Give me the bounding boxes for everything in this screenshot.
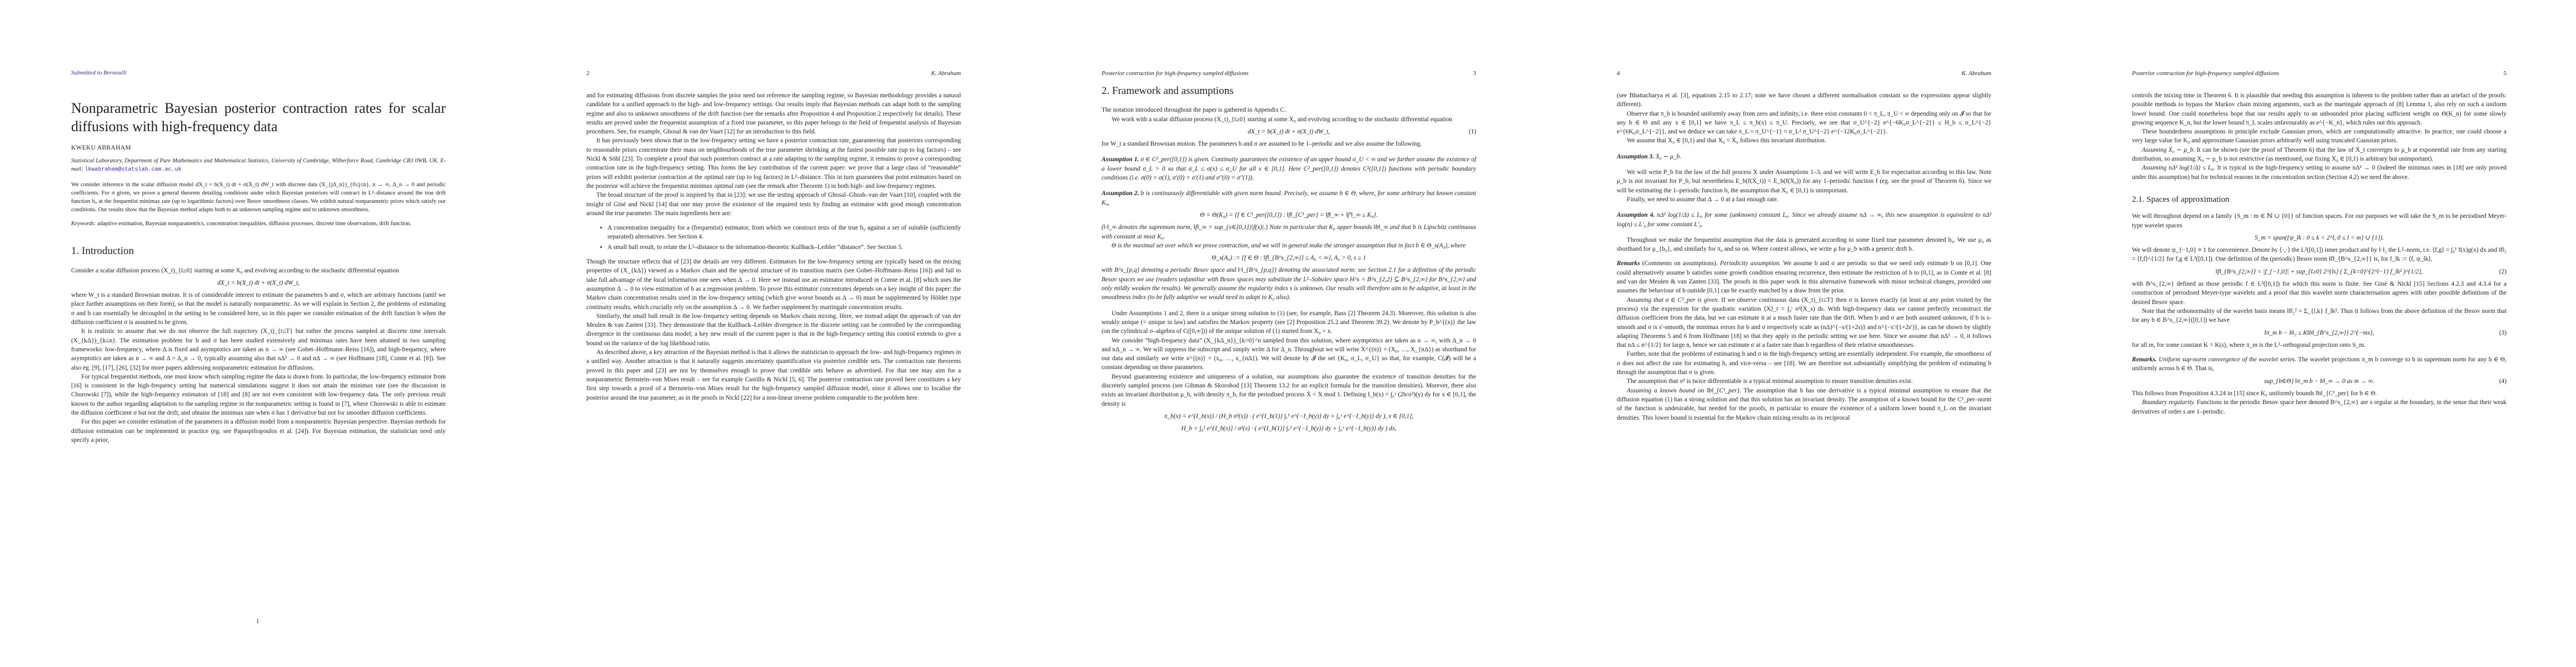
paragraph: Θ is the maximal set over which we prove… — [1102, 241, 1476, 250]
paragraph: Assuming nΔ² log(1/Δ) ≤ L₀. It is typica… — [2132, 163, 2507, 182]
email-link[interactable]: lkwabraham@statslab.cam.ac.uk — [84, 167, 181, 173]
paragraph: Assuming that σ ∈ C²_per is given. If we… — [1617, 296, 1991, 350]
paragraph: Boundary regularity. Functions in the pe… — [2132, 398, 2507, 416]
section-heading-framework: 2. Framework and assumptions — [1102, 87, 1476, 96]
assumption-text: σ ∈ C²_per([0,1]) is given. Continuity g… — [1102, 156, 1476, 181]
remark-topic: Assuming X₀ ∼ μ_b. — [2142, 147, 2195, 153]
page-2-body: and for estimating diffusions from discr… — [586, 91, 961, 402]
paragraph: Assuming a known bound on ‖b‖_{C¹_per}. … — [1617, 386, 1991, 422]
venue-link[interactable]: Submitted to Bernoulli — [71, 69, 127, 76]
equation-theta: Θ = Θ(K₀) = {f ∈ C¹_per([0,1]) : ‖f‖_{C¹… — [1102, 211, 1476, 220]
equation-2: ‖f‖_{B^s_{2,∞}} = |f_{−1,0}| + sup_{l≥0}… — [2132, 267, 2507, 276]
equation-theta-s: Θ_s(A₀) := {f ∈ Θ : ‖f‖_{B^s_{2,∞}} ≤ A₀… — [1102, 253, 1476, 262]
paragraph: As described above, a key attraction of … — [586, 348, 961, 402]
paragraph: This follows from Proposition 4.3.24 in … — [2132, 389, 2507, 398]
paragraph: Further, note that the problems of estim… — [1617, 350, 1991, 377]
remark-topic: Assuming a known bound on ‖b‖_{C¹_per}. — [1627, 387, 1741, 394]
equation-number: (4) — [2499, 377, 2507, 386]
header-page-number: 3 — [1473, 70, 1477, 77]
equation-number: (2) — [2499, 267, 2507, 276]
paragraph: Assuming X₀ ∼ μ_b. It can be shown (see … — [2132, 146, 2507, 164]
remarks-topic: Periodicity assumption. — [1720, 260, 1781, 267]
page-3: Posterior contraction for high-frequency… — [1030, 0, 1546, 667]
remarks-label: Remarks. — [2132, 356, 2157, 363]
remark-topic: Assuming nΔ² log(1/Δ) ≤ L₀. — [2142, 165, 2215, 171]
equation-text: H_b = ∫₀¹ e^{I_b(x)} / σ²(x) · ( e^{I_b(… — [1181, 424, 1397, 433]
header-author: K. Abraham — [1961, 70, 1991, 77]
header-page-number: 4 — [1617, 70, 1620, 77]
paragraph: Note that the orthonormality of the wave… — [2132, 307, 2507, 325]
assumption-text: X₀ ∼ μ_b. — [1656, 153, 1681, 160]
equation-number: (3) — [2499, 328, 2507, 337]
equation-text: ‖f‖_{B^s_{2,∞}} = |f_{−1,0}| + sup_{l≥0}… — [2216, 267, 2423, 276]
equation-text: Θ = Θ(K₀) = {f ∈ C¹_per([0,1]) : ‖f‖_{C¹… — [1200, 211, 1377, 220]
paragraph: (‖·‖_∞ denotes the supremum norm, ‖f‖_∞ … — [1102, 223, 1476, 241]
paragraph: Under Assumptions 1 and 2, there is a un… — [1102, 309, 1476, 336]
equation-3: ‖π_m b − b‖₂ ≤ K‖b‖_{B^s_{2,∞}} 2^{−ms},… — [2132, 328, 2507, 337]
paragraph: where W_t is a standard Brownian motion.… — [71, 291, 446, 327]
equation-density: π_b(x) = e^{I_b(x)} / (H_b σ²(x)) · ( e^… — [1102, 412, 1476, 421]
assumption-text: b is continuously differentiable with gi… — [1102, 190, 1476, 206]
paragraph: These boundedness assumptions in princip… — [2132, 127, 2507, 146]
remark-topic: Assuming that σ ∈ C²_per is given. — [1627, 297, 1719, 303]
equation-text: ‖π_m b − b‖₂ ≤ K‖b‖_{B^s_{2,∞}} 2^{−ms}, — [2264, 328, 2374, 337]
equation-sde: dX_t = b(X_t) dt + σ(X_t) dW_t, — [71, 278, 446, 287]
running-header: 4 K. Abraham — [1617, 70, 1991, 77]
paragraph-text: If we observe continuous data (X_t)_{t≤T… — [1617, 297, 1991, 349]
header-title: Posterior contraction for high-frequency… — [2132, 70, 2279, 77]
abstract: We consider inference in the scalar diff… — [71, 181, 446, 214]
assumption-4: Assumption 4. nΔ² log(1/Δ) ≤ L₀ for some… — [1617, 211, 1991, 229]
equation-text: dX_t = b(X_t) dt + σ(X_t) dW_t, — [1248, 127, 1330, 136]
assumption-label: Assumption 3. — [1617, 153, 1654, 160]
running-header: Posterior contraction for high-frequency… — [2132, 70, 2507, 77]
keywords-label: Keywords: — [71, 221, 96, 227]
list-item: A concentration inequality for a (freque… — [607, 223, 961, 242]
paragraph: We consider “high-frequency data” (X_{kΔ… — [1102, 336, 1476, 372]
remarks-topic: Uniform sup-norm convergence of the wave… — [2159, 356, 2296, 363]
remark-topic: Boundary regularity. — [2142, 399, 2195, 406]
assumption-3: Assumption 3. X₀ ∼ μ_b. — [1617, 152, 1991, 161]
paragraph: The assumption that σ² is twice differen… — [1617, 377, 1991, 386]
paragraph: For this paper we consider estimation of… — [71, 417, 446, 445]
page-1: Submitted to Bernoulli Nonparametric Bay… — [0, 0, 515, 667]
assumption-label: Assumption 1. — [1102, 156, 1139, 163]
paragraph: for W_t a standard Brownian motion. The … — [1102, 140, 1476, 148]
equation-sm: S_m = span({ψ_lk : 0 ≤ k < 2^l, 0 ≤ l < … — [2132, 233, 2507, 242]
page-4-body: (see Bhattacharya et al. [3], equations … — [1617, 91, 1991, 422]
equation-text: sup_{b∈Θ} ‖π_m b − b‖_∞ → 0 as m → ∞. — [2264, 377, 2374, 386]
remarks-paragraph: Remarks. Uniform sup-norm convergence of… — [2132, 355, 2507, 374]
paragraph: Throughout we make the frequentist assum… — [1617, 236, 1991, 254]
assumption-2: Assumption 2. b is continuously differen… — [1102, 189, 1476, 302]
paragraph: Consider a scalar diffusion process (X_t… — [71, 266, 446, 275]
equation-normaliser: H_b = ∫₀¹ e^{I_b(x)} / σ²(x) · ( e^{I_b(… — [1102, 424, 1476, 433]
equation-1: dX_t = b(X_t) dt + σ(X_t) dW_t, (1) — [1102, 127, 1476, 136]
paragraph: (see Bhattacharya et al. [3], equations … — [1617, 91, 1991, 109]
paragraph: The notation introduced throughout the p… — [1102, 106, 1476, 115]
page-number: 1 — [0, 618, 515, 625]
paragraph: We will denote ψ_{−1,0} ≡ 1 for convenie… — [2132, 246, 2507, 264]
equation-text: dX_t = b(X_t) dt + σ(X_t) dW_t, — [217, 278, 300, 287]
paragraph: Though the structure reflects that of [2… — [586, 257, 961, 312]
paragraph: Observe that π_b is bounded uniformly aw… — [1617, 109, 1991, 137]
paragraph: with B^s_{p,q} denoting a periodic Besov… — [1102, 266, 1476, 302]
subsection-heading-spaces: 2.1. Spaces of approximation — [2132, 195, 2507, 204]
remarks-paragraph: Remarks (Comments on assumptions). Perio… — [1617, 259, 1991, 295]
section-heading-introduction: 1. Introduction — [71, 247, 446, 256]
paragraph: with B^s_{2,∞} defined as those periodic… — [2132, 280, 2507, 307]
equation-text: S_m = span({ψ_lk : 0 ≤ k < 2^l, 0 ≤ l < … — [2255, 233, 2384, 242]
paragraph: Similarly, the small ball result in the … — [586, 312, 961, 348]
paragraph: We will write P_b for the law of the ful… — [1617, 168, 1991, 195]
page-2: 2 K. Abraham and for estimating diffusio… — [515, 0, 1030, 667]
page-3-body: 2. Framework and assumptions The notatio… — [1102, 83, 1476, 437]
paragraph: Finally, we need to assume that Δ → 0 at… — [1617, 195, 1991, 204]
equation-4: sup_{b∈Θ} ‖π_m b − b‖_∞ → 0 as m → ∞. (4… — [2132, 377, 2507, 386]
paragraph: We work with a scalar diffusion process … — [1102, 115, 1476, 124]
paragraph: Beyond guaranteeing existence and unique… — [1102, 372, 1476, 409]
equation-number: (1) — [1469, 127, 1476, 136]
paragraph: for all m, for some constant K = K(s), w… — [2132, 341, 2507, 350]
assumption-label: Assumption 4. — [1617, 212, 1655, 218]
paragraph: We will throughout depend on a family {S… — [2132, 212, 2507, 230]
paragraph: controls the mixing time in Theorem 6. I… — [2132, 91, 2507, 127]
page-5: Posterior contraction for high-frequency… — [2061, 0, 2576, 667]
header-title: Posterior contraction for high-frequency… — [1102, 70, 1248, 77]
header-page-number: 2 — [586, 70, 590, 77]
remarks-paren: (Comments on assumptions). — [1642, 260, 1718, 267]
paragraph: and for estimating diffusions from discr… — [586, 91, 961, 136]
paragraph: We assume that X₀ ∈ [0,1) and that X₀ = … — [1617, 136, 1991, 145]
running-header: 2 K. Abraham — [586, 70, 961, 77]
header-page-number: 5 — [2504, 70, 2507, 77]
assumption-label: Assumption 2. — [1102, 190, 1139, 197]
page-1-body: Nonparametric Bayesian posterior contrac… — [71, 99, 446, 445]
keywords-text: adaptive estimation, Bayesian nonparamet… — [97, 221, 411, 227]
running-header: Posterior contraction for high-frequency… — [1102, 70, 1476, 77]
affiliation: Statistical Laboratory, Department of Pu… — [71, 157, 446, 174]
page-4: 4 K. Abraham (see Bhattacharya et al. [3… — [1546, 0, 2061, 667]
page-5-body: controls the mixing time in Theorem 6. I… — [2132, 91, 2507, 416]
list-item: A small ball result, to relate the L²–di… — [607, 243, 961, 252]
equation-text: Θ_s(A₀) := {f ∈ Θ : ‖f‖_{B^s_{2,∞}} ≤ A₀… — [1212, 253, 1366, 262]
keywords: Keywords: adaptive estimation, Bayesian … — [71, 220, 446, 228]
ingredients-list: A concentration inequality for a (freque… — [586, 223, 961, 252]
author-name: KWEKU ABRAHAM — [71, 143, 446, 152]
paragraph: It is realistic to assume that we do not… — [71, 327, 446, 372]
paragraph: The broad structure of the proof is insp… — [586, 191, 961, 218]
header-author: K. Abraham — [931, 70, 961, 77]
paragraph: It has previously been shown that in the… — [586, 136, 961, 191]
remarks-label: Remarks — [1617, 260, 1640, 267]
paragraph: For typical frequentist methods, one mus… — [71, 372, 446, 417]
equation-text: π_b(x) = e^{I_b(x)} / (H_b σ²(x)) · ( e^… — [1164, 412, 1414, 421]
assumption-1: Assumption 1. σ ∈ C²_per([0,1]) is given… — [1102, 155, 1476, 182]
paper-title: Nonparametric Bayesian posterior contrac… — [71, 99, 446, 136]
assumption-text: nΔ² log(1/Δ) ≤ L₀ for some (unknown) con… — [1617, 212, 1991, 227]
